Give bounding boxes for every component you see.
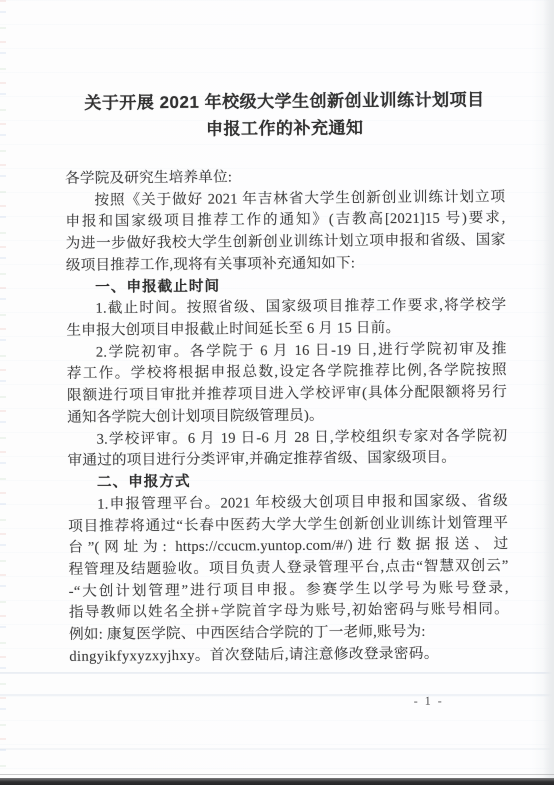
body-line-account: dingyikfyxyzxyjhxy。首次登陆后,请注意修改登录密码。 (69, 643, 509, 669)
scan-edge-bottom-shadow-line (0, 774, 554, 775)
body-line: 限额进行项目审批并推荐项目进入学校评审(具体分配限额将另行 (67, 382, 507, 408)
scan-streak (0, 672, 554, 674)
document-title-line-2: 申报工作的补充通知 (65, 113, 505, 144)
scan-edge-bottom-strip (0, 778, 554, 785)
body-line: 1.截止时间。按照省级、国家级项目推荐工作要求,将学校学 (66, 295, 506, 321)
body-line: 审通过的项目进行分类评审,并确定推荐省级、国家级项目。 (68, 447, 508, 473)
body-line: 为进一步做好我校大学生创新创业训练计划立项申报和省级、国家 (66, 230, 506, 256)
scan-edge-left-noise (0, 0, 6, 785)
body-line: 指导教师以姓名全拼+学院首字母为账号,初始密码与账号相同。 (69, 599, 509, 625)
scan-edge-right-band (543, 0, 554, 785)
document-content: 关于开展 2021 年校级大学生创新创业训练计划项目 申报工作的补充通知 各学院… (64, 0, 511, 785)
document-title-line-1: 关于开展 2021 年校级大学生创新创业训练计划项目 (64, 86, 504, 117)
scan-streak (0, 748, 554, 750)
scan-streak (0, 694, 554, 696)
document-title: 关于开展 2021 年校级大学生创新创业训练计划项目 申报工作的补充通知 (64, 86, 504, 144)
document-body: 各学院及研究生培养单位: 按照《关于做好 2021 年吉林省大学生创新创业训练计… (65, 165, 509, 668)
scanned-page: 关于开展 2021 年校级大学生创新创业训练计划项目 申报工作的补充通知 各学院… (0, 0, 554, 785)
body-line: 1.申报管理平台。2021 年校级大创项目申报和国家级、省级 (68, 491, 508, 517)
